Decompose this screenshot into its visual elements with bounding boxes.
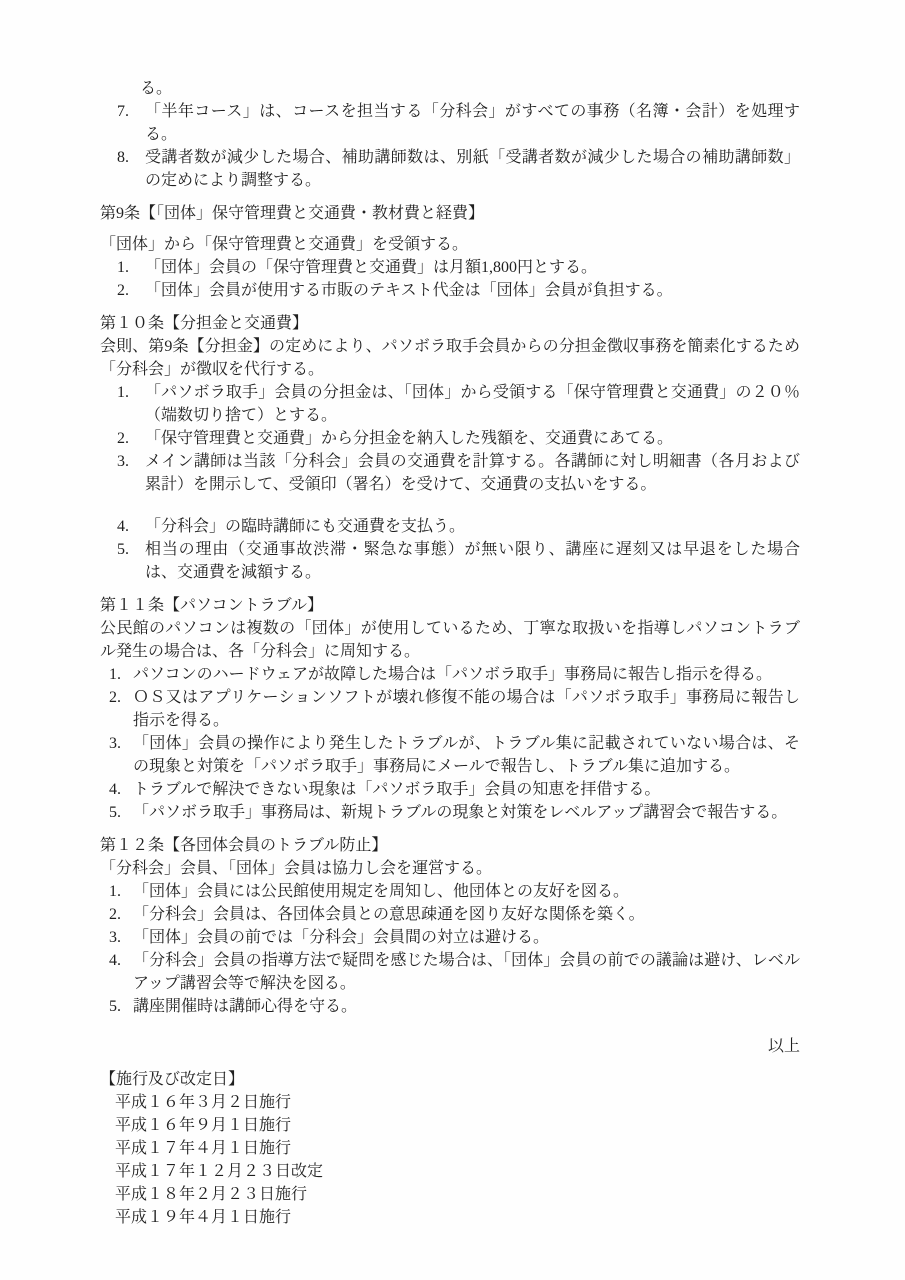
item-text: 講座開催時は講師心得を守る。: [133, 995, 800, 1018]
list-item: 4. 「分科会」の臨時講師にも交通費を支払う。: [100, 515, 800, 538]
revision-heading: 【施行及び改定日】: [100, 1068, 800, 1091]
list-item: 1. パソコンのハードウェアが故障した場合は「パソボラ取手」事務局に報告し指示を…: [100, 663, 800, 686]
list-item: 7. 「半年コース」は、コースを担当する「分科会」がすべての事務（名簿・会計）を…: [100, 100, 800, 146]
revision-date: 平成１６年３月２日施行: [115, 1091, 800, 1114]
revision-date: 平成１６年９月１日施行: [115, 1114, 800, 1137]
item-text: 「分科会」会員の指導方法で疑問を感じた場合は、「団体」会員の前での議論は避け、レ…: [133, 949, 800, 995]
item-number: 5.: [109, 995, 133, 1018]
section-heading: 第１２条【各団体会員のトラブル防止】: [100, 834, 800, 857]
revision-date: 平成１７年４月１日施行: [115, 1137, 800, 1160]
item-number: 4.: [109, 778, 133, 801]
list-item: 1. 「団体」会員には公民館使用規定を周知し、他団体との友好を図る。: [100, 880, 800, 903]
item-number: 5.: [117, 538, 145, 561]
revision-date: 平成１７年１２月２３日改定: [115, 1160, 800, 1183]
item-text: 「団体」会員の操作により発生したトラブルが、トラブル集に記載されていない場合は、…: [133, 732, 800, 778]
revision-dates: 平成１６年３月２日施行 平成１６年９月１日施行 平成１７年４月１日施行 平成１７…: [115, 1091, 800, 1229]
revision-date: 平成１８年２月２３日施行: [115, 1183, 800, 1206]
item-text: 「分科会」会員は、各団体会員との意思疎通を図り友好な関係を築く。: [133, 903, 800, 926]
item-number: 2.: [117, 427, 145, 450]
revision-block: 【施行及び改定日】 平成１６年３月２日施行 平成１６年９月１日施行 平成１７年４…: [100, 1068, 800, 1229]
item-number: 3.: [109, 926, 133, 949]
section-article-11: 第１１条【パソコントラブル】 公民館のパソコンは複数の「団体」が使用しているため…: [100, 594, 800, 824]
item-number: 2.: [117, 279, 145, 302]
list-item: 2. 「保守管理費と交通費」から分担金を納入した残額を、交通費にあてる。: [100, 427, 800, 450]
item-number: 1.: [117, 256, 145, 279]
section-heading: 第１０条【分担金と交通費】: [100, 312, 800, 335]
item-number: 8.: [117, 146, 145, 169]
section-intro: 公民館のパソコンは複数の「団体」が使用しているため、丁寧な取扱いを指導しパソコン…: [100, 617, 800, 663]
item-text: メイン講師は当該「分科会」会員の交通費を計算する。各講師に対し明細書（各月および…: [145, 450, 800, 496]
section-article-12: 第１２条【各団体会員のトラブル防止】 「分科会」会員、「団体」会員は協力し会を運…: [100, 834, 800, 1018]
item-text: 「パソボラ取手」事務局は、新規トラブルの現象と対策をレベルアップ講習会で報告する…: [133, 801, 800, 824]
item-text: 相当の理由（交通事故渋滞・緊急な事態）が無い限り、講座に遅刻又は早退をした場合は…: [145, 538, 800, 584]
item-number: 1.: [117, 381, 145, 404]
item-text: 「団体」会員の「保守管理費と交通費」は月額1,800円とする。: [145, 256, 800, 279]
continuation-text: る。: [140, 77, 800, 100]
list-item: 5. 講座開催時は講師心得を守る。: [100, 995, 800, 1018]
list-item: 5. 相当の理由（交通事故渋滞・緊急な事態）が無い限り、講座に遅刻又は早退をした…: [100, 538, 800, 584]
list-item: 8. 受講者数が減少した場合、補助講師数は、別紙「受講者数が減少した場合の補助講…: [100, 146, 800, 192]
section-article-10: 第１０条【分担金と交通費】 会則、第9条【分担金】の定めにより、パソボラ取手会員…: [100, 312, 800, 584]
list-item: 3. メイン講師は当該「分科会」会員の交通費を計算する。各講師に対し明細書（各月…: [100, 450, 800, 496]
item-text: 「パソボラ取手」会員の分担金は、「団体」から受領する「保守管理費と交通費」の２０…: [145, 381, 800, 427]
section-intro: 会則、第9条【分担金】の定めにより、パソボラ取手会員からの分担金徴収事務を簡素化…: [100, 335, 800, 381]
list-item: 1. 「団体」会員の「保守管理費と交通費」は月額1,800円とする。: [100, 256, 800, 279]
list-item: 2. ＯＳ又はアプリケーションソフトが壊れ修復不能の場合は「パソボラ取手」事務局…: [100, 686, 800, 732]
item-text: 「保守管理費と交通費」から分担金を納入した残額を、交通費にあてる。: [145, 427, 800, 450]
item-number: 1.: [109, 880, 133, 903]
section-intro: 「分科会」会員、「団体」会員は協力し会を運営する。: [100, 857, 800, 880]
item-number: 3.: [117, 450, 145, 473]
list-item: 2. 「分科会」会員は、各団体会員との意思疎通を図り友好な関係を築く。: [100, 903, 800, 926]
item-text: 「団体」会員の前では「分科会」会員間の対立は避ける。: [133, 926, 800, 949]
list-item: 3. 「団体」会員の操作により発生したトラブルが、トラブル集に記載されていない場…: [100, 732, 800, 778]
item-text: 「団体」会員が使用する市販のテキスト代金は「団体」会員が負担する。: [145, 279, 800, 302]
item-text: 「半年コース」は、コースを担当する「分科会」がすべての事務（名簿・会計）を処理す…: [145, 100, 800, 146]
item-number: 3.: [109, 732, 133, 755]
item-text: トラブルで解決できない現象は「パソボラ取手」会員の知恵を拝借する。: [133, 778, 800, 801]
item-number: 2.: [109, 903, 133, 926]
item-number: 1.: [109, 663, 133, 686]
item-text: 「団体」会員には公民館使用規定を周知し、他団体との友好を図る。: [133, 880, 800, 903]
closing-text: 以上: [100, 1035, 800, 1058]
document-page: る。 7. 「半年コース」は、コースを担当する「分科会」がすべての事務（名簿・会…: [0, 0, 905, 1280]
list-item: 5. 「パソボラ取手」事務局は、新規トラブルの現象と対策をレベルアップ講習会で報…: [100, 801, 800, 824]
item-text: パソコンのハードウェアが故障した場合は「パソボラ取手」事務局に報告し指示を得る。: [133, 663, 800, 686]
list-item: 1. 「パソボラ取手」会員の分担金は、「団体」から受領する「保守管理費と交通費」…: [100, 381, 800, 427]
item-number: 4.: [117, 515, 145, 538]
item-text: 受講者数が減少した場合、補助講師数は、別紙「受講者数が減少した場合の補助講師数」…: [145, 146, 800, 192]
item-number: 4.: [109, 949, 133, 972]
item-number: 2.: [109, 686, 133, 709]
list-item: 3. 「団体」会員の前では「分科会」会員間の対立は避ける。: [100, 926, 800, 949]
item-text: ＯＳ又はアプリケーションソフトが壊れ修復不能の場合は「パソボラ取手」事務局に報告…: [133, 686, 800, 732]
section-article-9: 第9条【「団体」保守管理費と交通費・教材費と経費】 「団体」から「保守管理費と交…: [100, 202, 800, 302]
list-item: 2. 「団体」会員が使用する市販のテキスト代金は「団体」会員が負担する。: [100, 279, 800, 302]
item-text: 「分科会」の臨時講師にも交通費を支払う。: [145, 515, 800, 538]
revision-date: 平成１９年４月１日施行: [115, 1206, 800, 1229]
list-item: 4. 「分科会」会員の指導方法で疑問を感じた場合は、「団体」会員の前での議論は避…: [100, 949, 800, 995]
item-number: 5.: [109, 801, 133, 824]
item-number: 7.: [117, 100, 145, 123]
section-heading: 第9条【「団体」保守管理費と交通費・教材費と経費】: [100, 202, 800, 225]
list-item: 4. トラブルで解決できない現象は「パソボラ取手」会員の知恵を拝借する。: [100, 778, 800, 801]
section-intro: 「団体」から「保守管理費と交通費」を受領する。: [100, 233, 800, 256]
section-heading: 第１１条【パソコントラブル】: [100, 594, 800, 617]
